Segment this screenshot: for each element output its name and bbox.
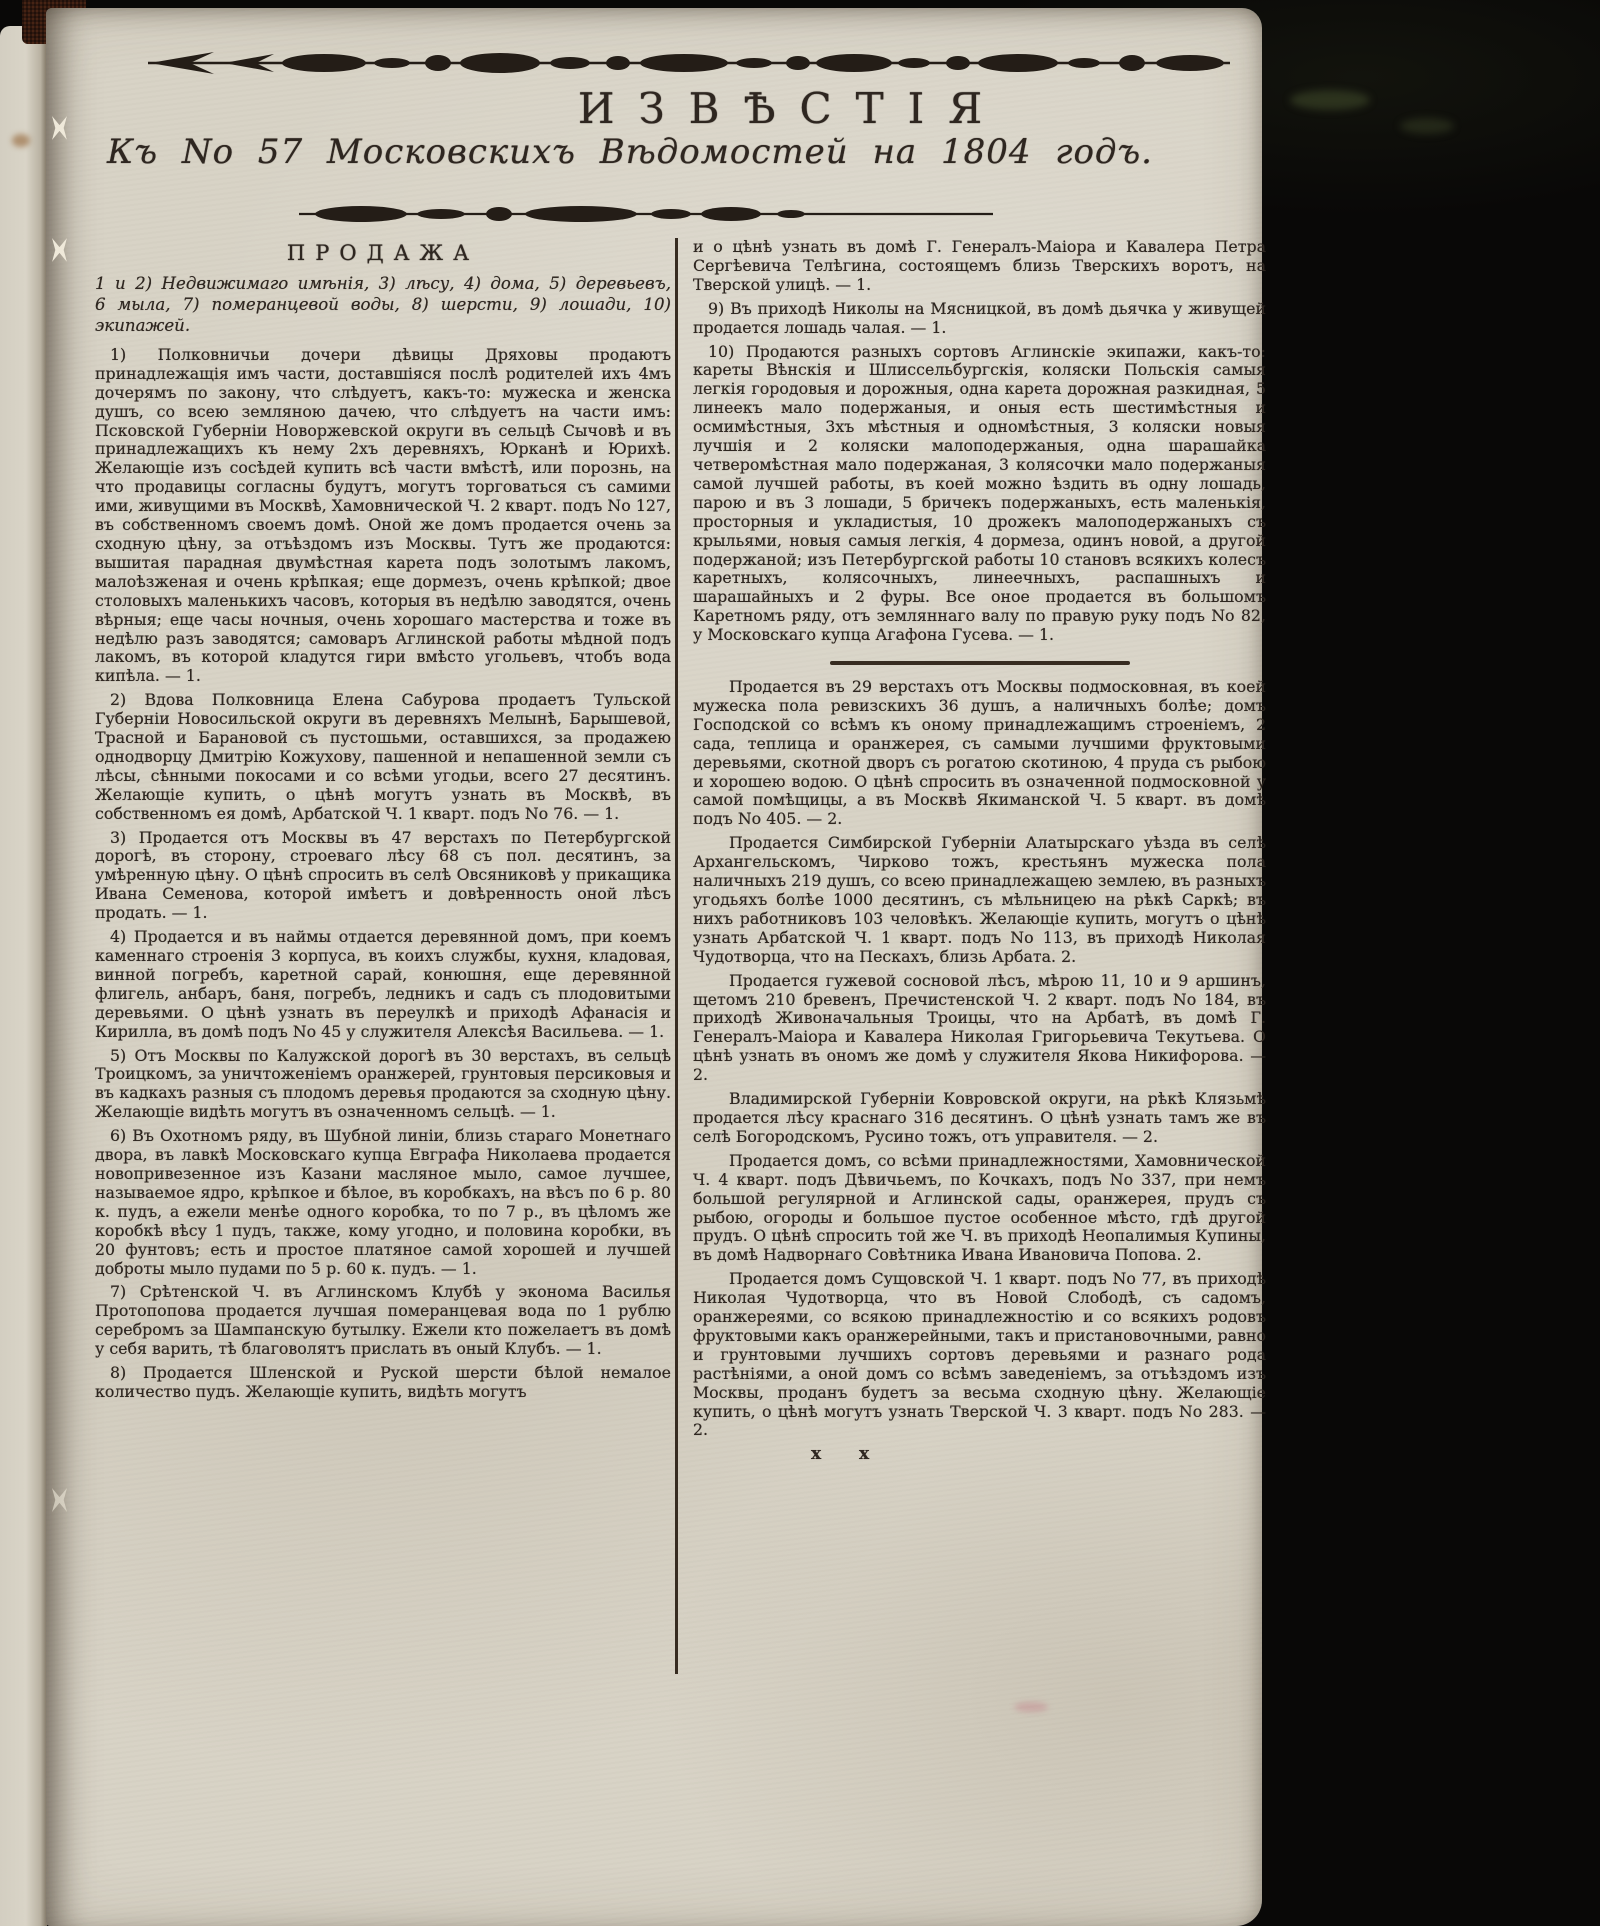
binding-stitch (52, 1488, 67, 1512)
ad-paragraph-vladimir-forest: Владимирской Губерніи Ковровской округи,… (693, 1090, 1266, 1147)
signature-mark: х х (811, 1445, 1266, 1464)
scanned-book-photo: { "document": { "masthead_title": "ИЗВѢС… (0, 0, 1600, 1926)
ad-paragraph-9: 9) Въ приходѣ Николы на Мясницкой, въ до… (693, 300, 1266, 338)
section-divider-rule (830, 661, 1130, 665)
ad-paragraph-2: 2) Вдова Полковница Елена Сабурова прода… (95, 691, 671, 823)
section-heading-prodazha: ПРОДАЖА (95, 244, 671, 263)
ad-paragraph-khamovniki-house: Продается домъ, со всѣми принадлежностям… (693, 1152, 1266, 1265)
ad-paragraph-simbirsk-village: Продается Симбирской Губерніи Алатырскаг… (693, 834, 1266, 966)
ad-paragraph-10: 10) Продаются разныхъ сортовъ Аглинскіе … (693, 343, 1266, 646)
binding-stitch (52, 238, 67, 262)
masthead-ornament-rule (146, 50, 1232, 76)
left-column: ПРОДАЖА 1 и 2) Недвижимаго имѣнія, 3) лѣ… (95, 238, 671, 1407)
ad-paragraph-1: 1) Полковничьи дочери дѣвицы Дряховы про… (95, 346, 671, 686)
masthead-title: ИЗВѢСТІЯ (184, 84, 1400, 133)
masthead-subtitle: Къ No 57 Московскихъ Вѣдомостей на 1804 … (22, 132, 1238, 172)
index-paragraph: 1 и 2) Недвижимаго имѣнія, 3) лѣсу, 4) д… (95, 273, 671, 336)
ad-paragraph-8-continued: и о цѣнѣ узнать въ домѣ Г. Генералъ-Маіо… (693, 238, 1266, 295)
ad-paragraph-4: 4) Продается и въ наймы отдается деревян… (95, 928, 671, 1041)
ad-paragraph-sushchovskaya-house: Продается домъ Сущовской Ч. 1 кварт. под… (693, 1270, 1266, 1440)
ad-paragraph-5: 5) Отъ Москвы по Калужской дорогѣ въ 30 … (95, 1047, 671, 1123)
ad-paragraph-estate-29-versts: Продается въ 29 верстахъ отъ Москвы подм… (693, 678, 1266, 829)
previous-page-edge (0, 26, 47, 1926)
background-smudge (1400, 118, 1454, 134)
right-column: и о цѣнѣ узнать въ домѣ Г. Генералъ-Маіо… (675, 238, 1266, 1674)
subtitle-ornament-rule (299, 204, 995, 224)
ad-paragraph-3: 3) Продается отъ Москвы въ 47 верстахъ п… (95, 829, 671, 924)
pink-stain (1014, 1702, 1048, 1712)
ad-paragraph-6: 6) Въ Охотномъ ряду, въ Шубной линіи, бл… (95, 1127, 671, 1278)
ad-paragraph-pine-timber: Продается гужевой сосновой лѣсъ, мѣрою 1… (693, 972, 1266, 1085)
newspaper-page: ИЗВѢСТІЯ Къ No 57 Московскихъ Вѣдомостей… (46, 8, 1262, 1926)
ad-paragraph-7: 7) Срѣтенской Ч. въ Аглинскомъ Клубѣ у э… (95, 1283, 671, 1359)
ad-paragraph-8: 8) Продается Шленской и Руской шерсти бѣ… (95, 1364, 671, 1402)
